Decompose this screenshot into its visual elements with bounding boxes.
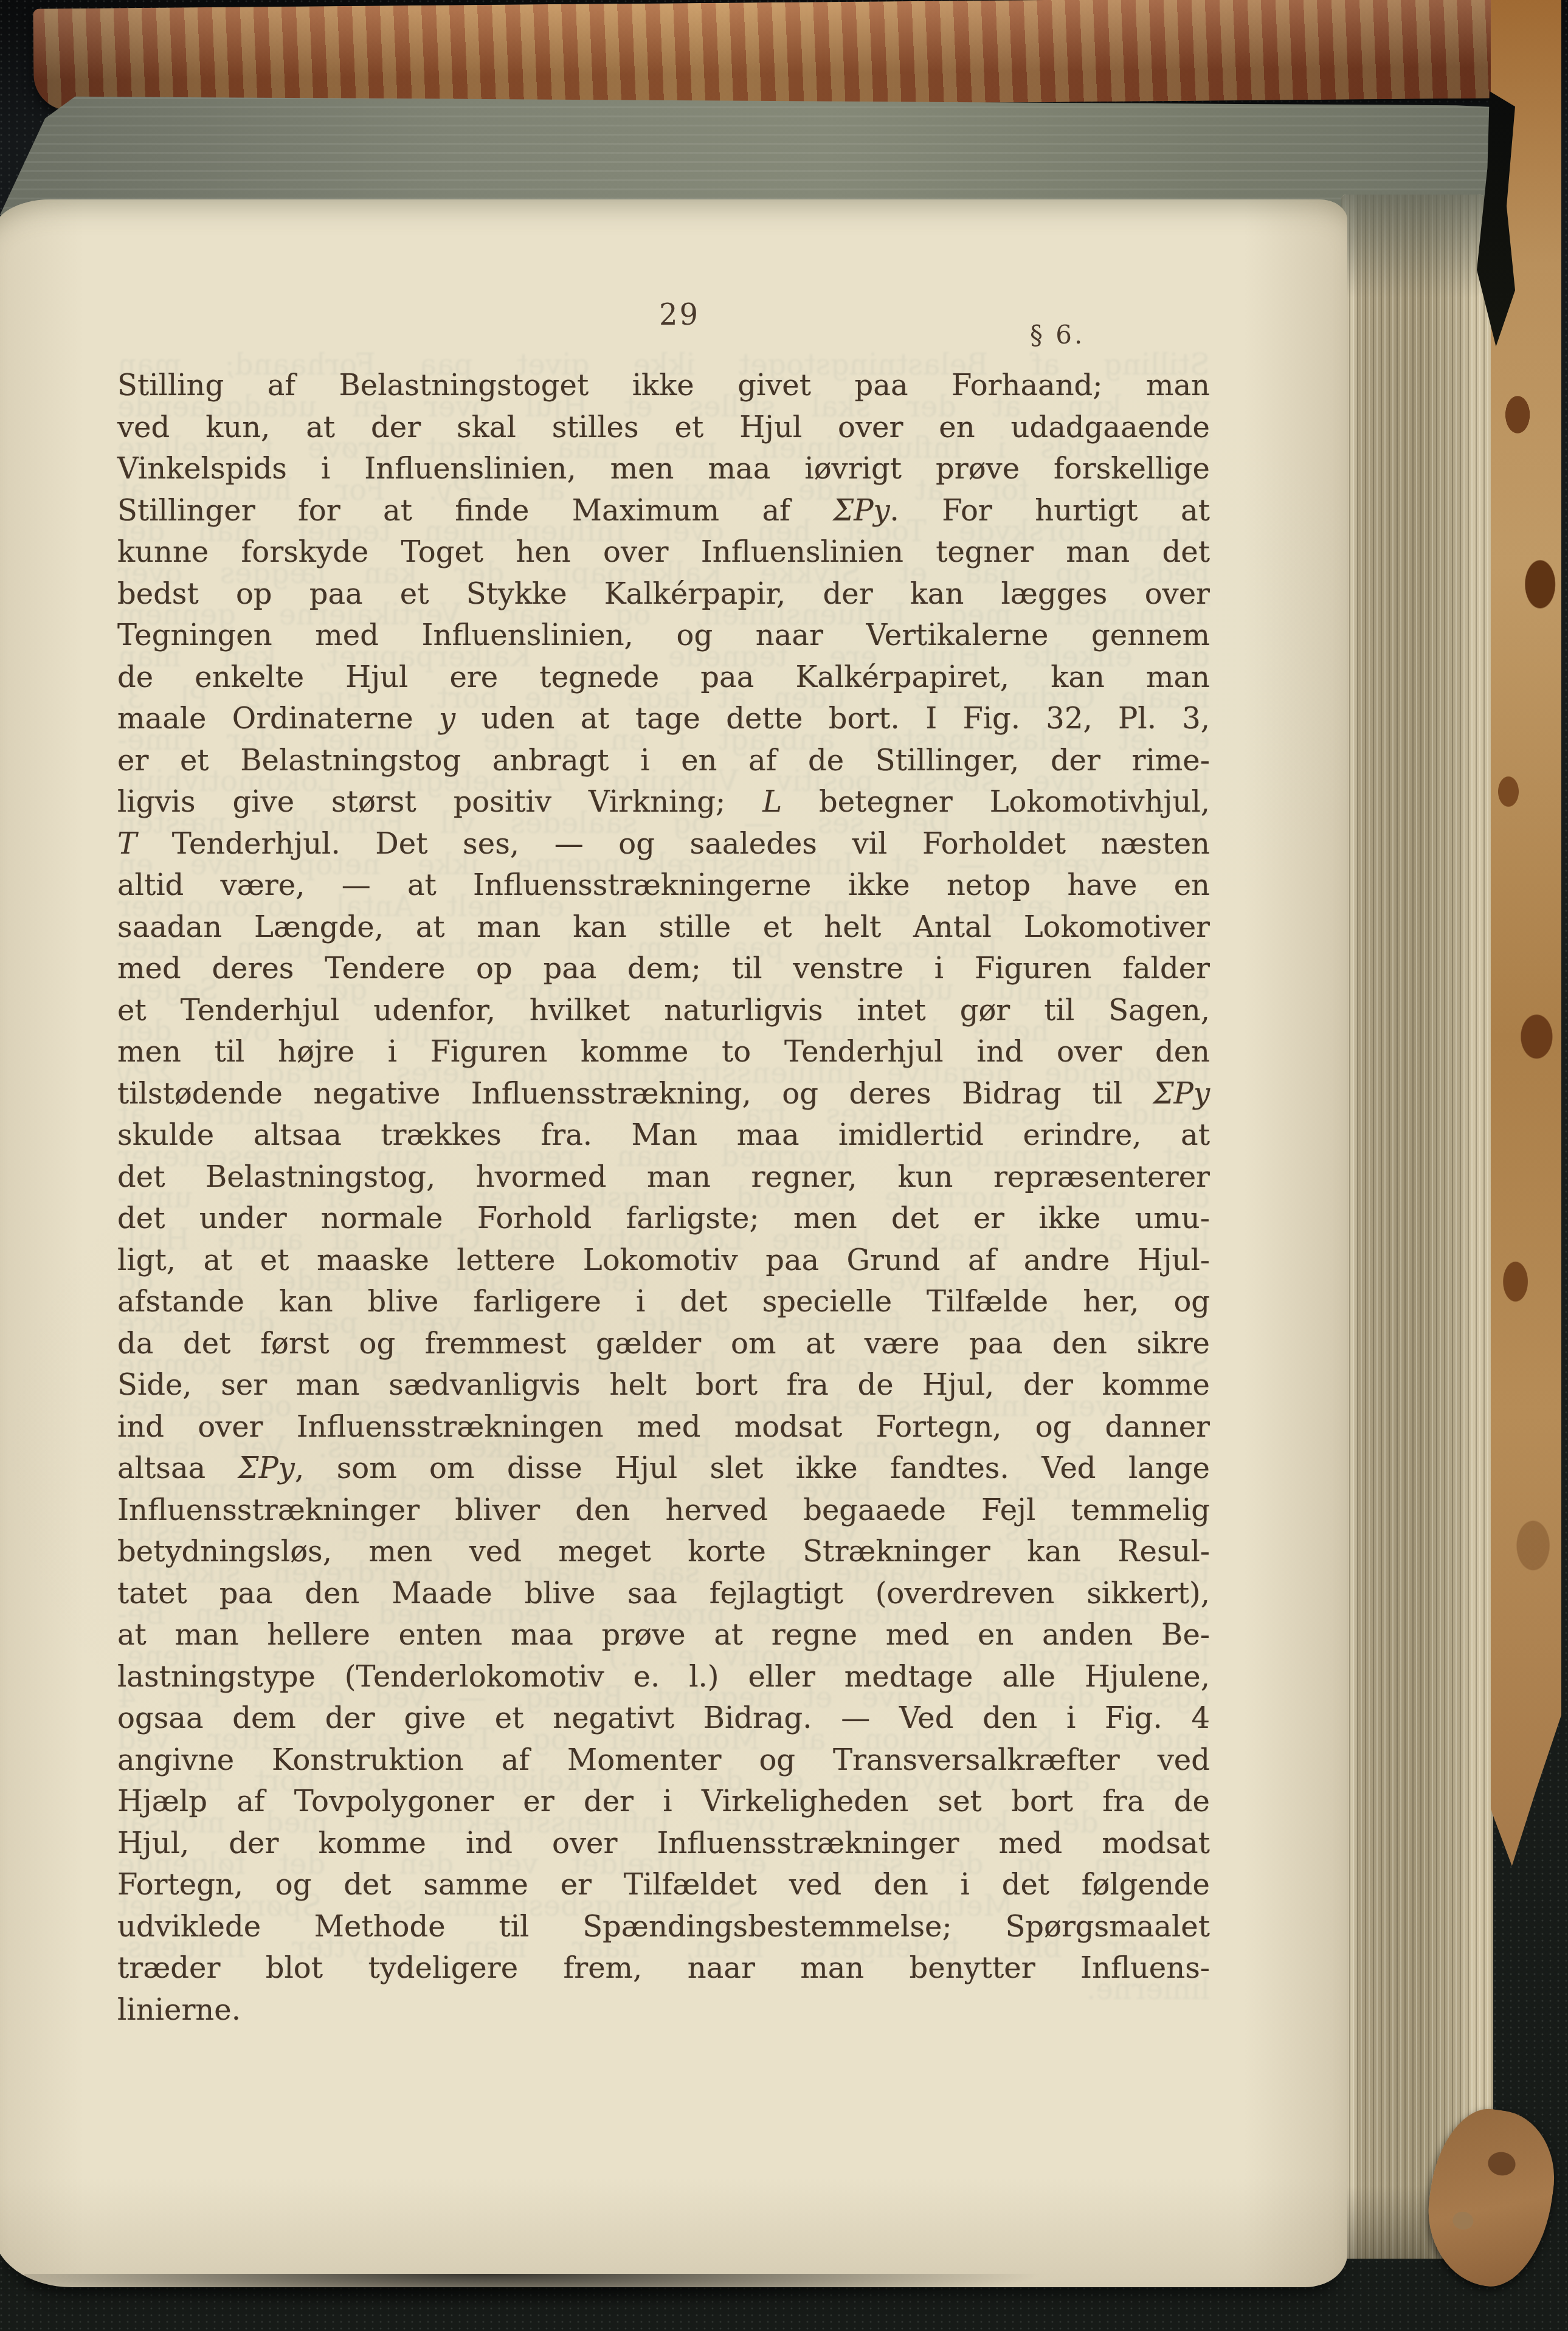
text-segment: tilstødende negative Influensstrækning, … (117, 1077, 1153, 1111)
text-segment: et Tenderhjul udenfor, hvilket naturligv… (117, 993, 1210, 1027)
text-line: med deres Tendere op paa dem; til venstr… (117, 948, 1210, 990)
text-line: ved kun, at der skal stilles et Hjul ove… (117, 407, 1210, 449)
text-segment: ind over Influensstrækningen med modsat … (117, 1410, 1210, 1444)
text-line: betydningsløs, men ved meget korte Stræk… (117, 1531, 1210, 1573)
text-segment: Hjul, der komme ind over Influensstrækni… (117, 1826, 1210, 1860)
text-line: altsaa ΣPy, som om disse Hjul slet ikke … (117, 1448, 1210, 1490)
text-line: afstande kan blive farligere i det speci… (117, 1281, 1210, 1323)
italic-term: y (439, 702, 455, 736)
text-line: de enkelte Hjul ere tegnede paa Kalkérpa… (117, 657, 1210, 699)
text-segment: det Belastningstog, hvormed man regner, … (117, 1160, 1210, 1194)
italic-term: T (117, 827, 137, 861)
text-line: det Belastningstog, hvormed man regner, … (117, 1156, 1210, 1198)
book-page: Stilling af Belastningstoget ikke givet … (0, 199, 1347, 2287)
text-segment: Hjælp af Tovpolygoner er der i Virkeligh… (117, 1784, 1210, 1818)
text-segment: Side, ser man sædvanligvis helt bort fra… (117, 1368, 1210, 1402)
text-segment: tatet paa den Maade blive saa fejlagtigt… (117, 1576, 1210, 1611)
text-line: Stillinger for at finde Maximum af ΣPy. … (117, 490, 1210, 532)
text-segment: Fortegn, og det samme er Tilfældet ved d… (117, 1868, 1210, 1902)
text-line: saadan Længde, at man kan stille et helt… (117, 906, 1210, 948)
text-segment: bedst op paa et Stykke Kalkérpapir, der … (117, 577, 1210, 611)
text-segment: det under normale Forhold farligste; men… (117, 1201, 1210, 1235)
text-segment: træder blot tydeligere frem, naar man be… (117, 1951, 1210, 1985)
page-bottom-shadow (24, 2274, 1179, 2316)
text-segment: linierne. (117, 1993, 241, 2027)
text-line: Hjul, der komme ind over Influensstrækni… (117, 1823, 1210, 1865)
book-cover-top-edge (33, 0, 1499, 111)
text-line: ogsaa dem der give et negativt Bidrag. —… (117, 1697, 1210, 1739)
text-line: linierne. (117, 1989, 1210, 2031)
italic-term: ΣPy (238, 1451, 295, 1485)
text-segment: ved kun, at der skal stilles et Hjul ove… (117, 410, 1210, 444)
text-segment: at man hellere enten maa prøve at regne … (117, 1618, 1210, 1652)
text-segment: Influensstrækninger bliver den herved be… (117, 1493, 1210, 1527)
text-segment: Stillinger for at finde Maximum af (117, 494, 833, 528)
text-segment: med deres Tendere op paa dem; til venstr… (117, 951, 1210, 986)
text-line: kunne forskyde Toget hen over Influensli… (117, 531, 1210, 573)
text-segment: altsaa (117, 1451, 238, 1485)
section-mark: § 6. (1030, 320, 1085, 350)
text-segment: ligt, at et maaske lettere Lokomotiv paa… (117, 1243, 1210, 1277)
text-line: tatet paa den Maade blive saa fejlagtigt… (117, 1573, 1210, 1615)
text-line: Side, ser man sædvanligvis helt bort fra… (117, 1364, 1210, 1406)
text-segment: ogsaa dem der give et negativt Bidrag. —… (117, 1701, 1210, 1735)
text-segment: uden at tage dette bort. I Fig. 32, Pl. … (455, 702, 1210, 736)
text-line: træder blot tydeligere frem, naar man be… (117, 1947, 1210, 1989)
text-line: ind over Influensstrækningen med modsat … (117, 1406, 1210, 1448)
text-line: Fortegn, og det samme er Tilfældet ved d… (117, 1864, 1210, 1906)
text-line: ligvis give størst positiv Virkning; L b… (117, 781, 1210, 823)
italic-term: ΣPy (833, 494, 889, 528)
text-segment: maale Ordinaterne (117, 702, 439, 736)
text-line: Hjælp af Tovpolygoner er der i Virkeligh… (117, 1781, 1210, 1823)
text-segment: Vinkelspids i Influenslinien, men maa iø… (117, 452, 1210, 486)
text-line: Influensstrækninger bliver den herved be… (117, 1490, 1210, 1532)
text-segment: skulde altsaa trækkes fra. Man maa imidl… (117, 1118, 1210, 1152)
text-line: altid være, — at Influensstrækningerne i… (117, 865, 1210, 906)
text-line: Stilling af Belastningstoget ikke givet … (117, 365, 1210, 407)
text-line: Tegningen med Influenslinien, og naar Ve… (117, 615, 1210, 657)
text-segment: angivne Konstruktion af Momenter og Tran… (117, 1743, 1210, 1777)
text-line: ligt, at et maaske lettere Lokomotiv paa… (117, 1240, 1210, 1282)
text-line: at man hellere enten maa prøve at regne … (117, 1614, 1210, 1656)
text-line: er et Belastningstog anbragt i en af de … (117, 740, 1210, 782)
text-line: et Tenderhjul udenfor, hvilket naturligv… (117, 990, 1210, 1032)
text-segment: betegner Lokomotivhjul, (782, 785, 1210, 819)
text-segment: Stilling af Belastningstoget ikke givet … (117, 368, 1210, 402)
page-number: 29 (659, 298, 700, 332)
text-line: lastningstype (Tenderlokomotiv e. l.) el… (117, 1656, 1210, 1698)
text-segment: . For hurtigt at (890, 494, 1210, 528)
text-segment: Tenderhjul. Det ses, — og saaledes vil F… (137, 827, 1210, 861)
text-segment: Tegningen med Influenslinien, og naar Ve… (117, 618, 1210, 652)
text-segment: udviklede Methode til Spændingsbestemmel… (117, 1910, 1210, 1944)
text-line: da det først og fremmest gælder om at væ… (117, 1323, 1210, 1365)
text-line: udviklede Methode til Spændingsbestemmel… (117, 1906, 1210, 1948)
text-line: bedst op paa et Stykke Kalkérpapir, der … (117, 573, 1210, 615)
text-segment: afstande kan blive farligere i det speci… (117, 1285, 1210, 1319)
italic-term: L (762, 785, 782, 819)
text-segment: saadan Længde, at man kan stille et helt… (117, 910, 1210, 944)
text-segment: kunne forskyde Toget hen over Influensli… (117, 535, 1210, 569)
text-segment: betydningsløs, men ved meget korte Stræk… (117, 1535, 1210, 1569)
text-line: men til højre i Figuren komme to Tenderh… (117, 1031, 1210, 1073)
text-segment: da det først og fremmest gælder om at væ… (117, 1327, 1210, 1361)
italic-term: ΣPy (1153, 1077, 1210, 1111)
text-segment: men til højre i Figuren komme to Tenderh… (117, 1035, 1210, 1069)
book-scan: Stilling af Belastningstoget ikke givet … (0, 0, 1568, 2331)
text-segment: de enkelte Hjul ere tegnede paa Kalkérpa… (117, 660, 1210, 694)
text-line: tilstødende negative Influensstrækning, … (117, 1073, 1210, 1115)
text-line: skulde altsaa trækkes fra. Man maa imidl… (117, 1114, 1210, 1156)
page-fore-edge (1341, 195, 1493, 2259)
text-segment: altid være, — at Influensstrækningerne i… (117, 868, 1210, 902)
text-segment: ligvis give størst positiv Virkning; (117, 785, 762, 819)
text-line: Vinkelspids i Influenslinien, men maa iø… (117, 448, 1210, 490)
text-segment: er et Belastningstog anbragt i en af de … (117, 744, 1210, 778)
text-segment: , som om disse Hjul slet ikke fandtes. V… (295, 1451, 1210, 1485)
body-text: Stilling af Belastningstoget ikke givet … (117, 365, 1210, 2031)
text-line: angivne Konstruktion af Momenter og Tran… (117, 1739, 1210, 1781)
text-line: T Tenderhjul. Det ses, — og saaledes vil… (117, 823, 1210, 865)
text-segment: lastningstype (Tenderlokomotiv e. l.) el… (117, 1660, 1210, 1694)
text-line: det under normale Forhold farligste; men… (117, 1198, 1210, 1240)
text-line: maale Ordinaterne y uden at tage dette b… (117, 698, 1210, 740)
